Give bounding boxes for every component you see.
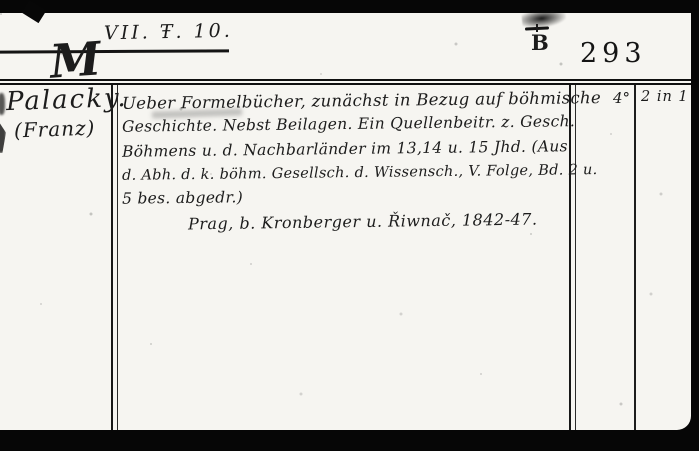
scan-edge-mark [0, 93, 5, 115]
copies-value: 2 in 1 [641, 89, 689, 105]
scan-edge-mark [0, 119, 6, 153]
author-surname: Palacky. [6, 83, 128, 117]
scan-noise [0, 13, 2, 15]
imprint-line: Prag, b. Kronberger u. Řiwnač, 1842-47. [188, 210, 538, 234]
format-value: 4° [594, 89, 630, 107]
shelfmark: VII. Ŧ. 10. [104, 20, 233, 45]
entry-line: Böhmens u. d. Nachbarländer im 13,14 u. … [122, 137, 568, 160]
format-column-divider [569, 85, 576, 430]
card-number: 293 [580, 38, 647, 69]
entry-line: Ueber Formelbücher, zunächst in Bezug au… [122, 88, 601, 113]
annotation-letter: M [48, 35, 102, 84]
entry-line: 5 bes. abgedr.) [122, 188, 243, 207]
scanned-catalog-card-page: VII. Ŧ. 10. M B 293 Palacky. (Franz) Ueb… [0, 0, 699, 451]
catalog-card: VII. Ŧ. 10. M B 293 Palacky. (Franz) Ueb… [0, 13, 691, 430]
copies-column-divider [634, 85, 636, 430]
entry-line: d. Abh. d. k. böhm. Gesellsch. d. Wissen… [122, 162, 598, 184]
shelfmark-underline [0, 49, 229, 53]
stamp-letter: B [531, 30, 549, 55]
author-forename: (Franz) [14, 116, 96, 143]
name-column-divider [111, 85, 118, 430]
